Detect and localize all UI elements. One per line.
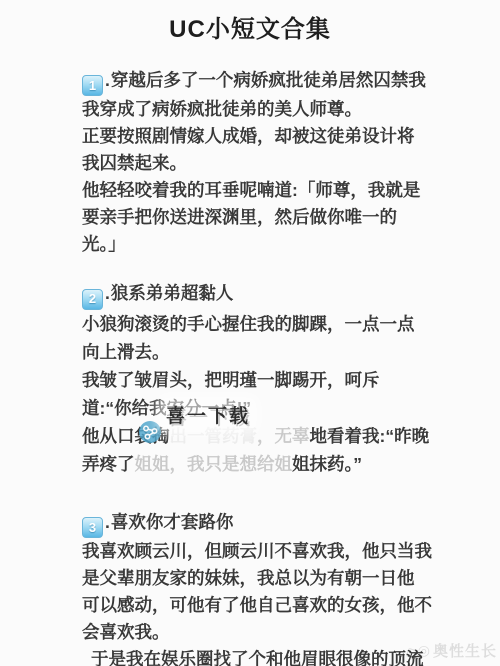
story-section-2: 2.狼系弟弟超黏人 小狼狗滚烫的手心握住我的脚踝，一点一点 向上滑去。 我皱了皱… <box>82 279 500 478</box>
story-line: 向上滑去。 <box>82 338 500 366</box>
story-3-title: 喜欢你才套路你 <box>111 512 234 532</box>
story-line: 正要按照剧情嫁人成婚，却被这徒弟设计将 <box>82 123 500 150</box>
page: UC小短文合集 1.穿越后多了一个病娇疯批徒弟居然囚禁我 我穿成了病娇疯批徒弟的… <box>0 0 500 666</box>
story-line: 我皱了皱眉头，把明瑾一脚踢开，呵斥 <box>82 366 500 394</box>
text-segment-washed: 出一管药膏 <box>170 426 258 446</box>
story-1-title: 穿越后多了一个病娇疯批徒弟居然囚禁我 <box>111 70 426 90</box>
story-section-1: 1.穿越后多了一个病娇疯批徒弟居然囚禁我 我穿成了病娇疯批徒弟的美人师尊。 正要… <box>82 67 500 258</box>
story-line: 我穿成了病娇疯批徒弟的美人师尊。 <box>82 96 500 123</box>
stamp-icon <box>405 648 417 660</box>
text-segment-faded: ，无辜 <box>257 426 310 446</box>
heading-dot: . <box>105 512 110 532</box>
story-line: 我囚禁起来。 <box>82 150 500 177</box>
watermark-download-label: 喜一下载 <box>163 401 253 428</box>
story-line-obscured-2: 弄疼了姐姐，我只是想给姐姐抹药。” <box>82 450 500 478</box>
page-title: UC小短文合集 <box>0 0 500 44</box>
story-3-heading: 3.喜欢你才套路你 <box>82 509 500 538</box>
circle-icon: ◎ <box>418 642 431 659</box>
share-molecule-icon <box>138 420 162 444</box>
content: 1.穿越后多了一个病娇疯批徒弟居然囚禁我 我穿成了病娇疯批徒弟的美人师尊。 正要… <box>0 44 500 666</box>
story-line: 是父辈朋友家的妹妹，我总以为有朝一日他 <box>82 565 500 592</box>
story-1-heading: 1.穿越后多了一个病娇疯批徒弟居然囚禁我 <box>82 67 500 96</box>
story-line: 道:“你给我安分一点!” <box>82 394 500 422</box>
story-2-heading: 2.狼系弟弟超黏人 <box>82 279 500 310</box>
corner-watermark: ◎ 奥性生长 <box>407 640 497 661</box>
text-segment: 弄疼了 <box>82 454 135 474</box>
story-2-title: 狼系弟弟超黏人 <box>111 283 234 303</box>
story-line: 他轻轻咬着我的耳垂呢喃道:「师尊，我就是 <box>82 177 500 204</box>
text-segment-faded: 姐姐，我只是想给姐 <box>135 454 293 474</box>
text-segment: 姐抹药。” <box>292 454 362 474</box>
number-3-badge-icon: 3 <box>82 517 103 538</box>
watermark-author-label: 奥性生长 <box>433 640 497 661</box>
story-line: 我喜欢顾云川，但顾云川不喜欢我，他只当我 <box>82 538 500 565</box>
story-line: 小狼狗滚烫的手心握住我的脚踝，一点一点 <box>82 310 500 338</box>
heading-dot: . <box>105 283 110 303</box>
story-line: 要亲手把你送进深渊里，然后做你唯一的 <box>82 204 500 231</box>
heading-dot: . <box>105 70 110 90</box>
text-segment: 地看着我:“昨晚 <box>310 426 430 446</box>
number-1-badge-icon: 1 <box>82 75 103 96</box>
story-line: 光。」 <box>82 231 500 258</box>
story-line: 可以感动，可他有了他自己喜欢的女孩，他不 <box>82 592 500 619</box>
number-2-badge-icon: 2 <box>82 289 103 310</box>
